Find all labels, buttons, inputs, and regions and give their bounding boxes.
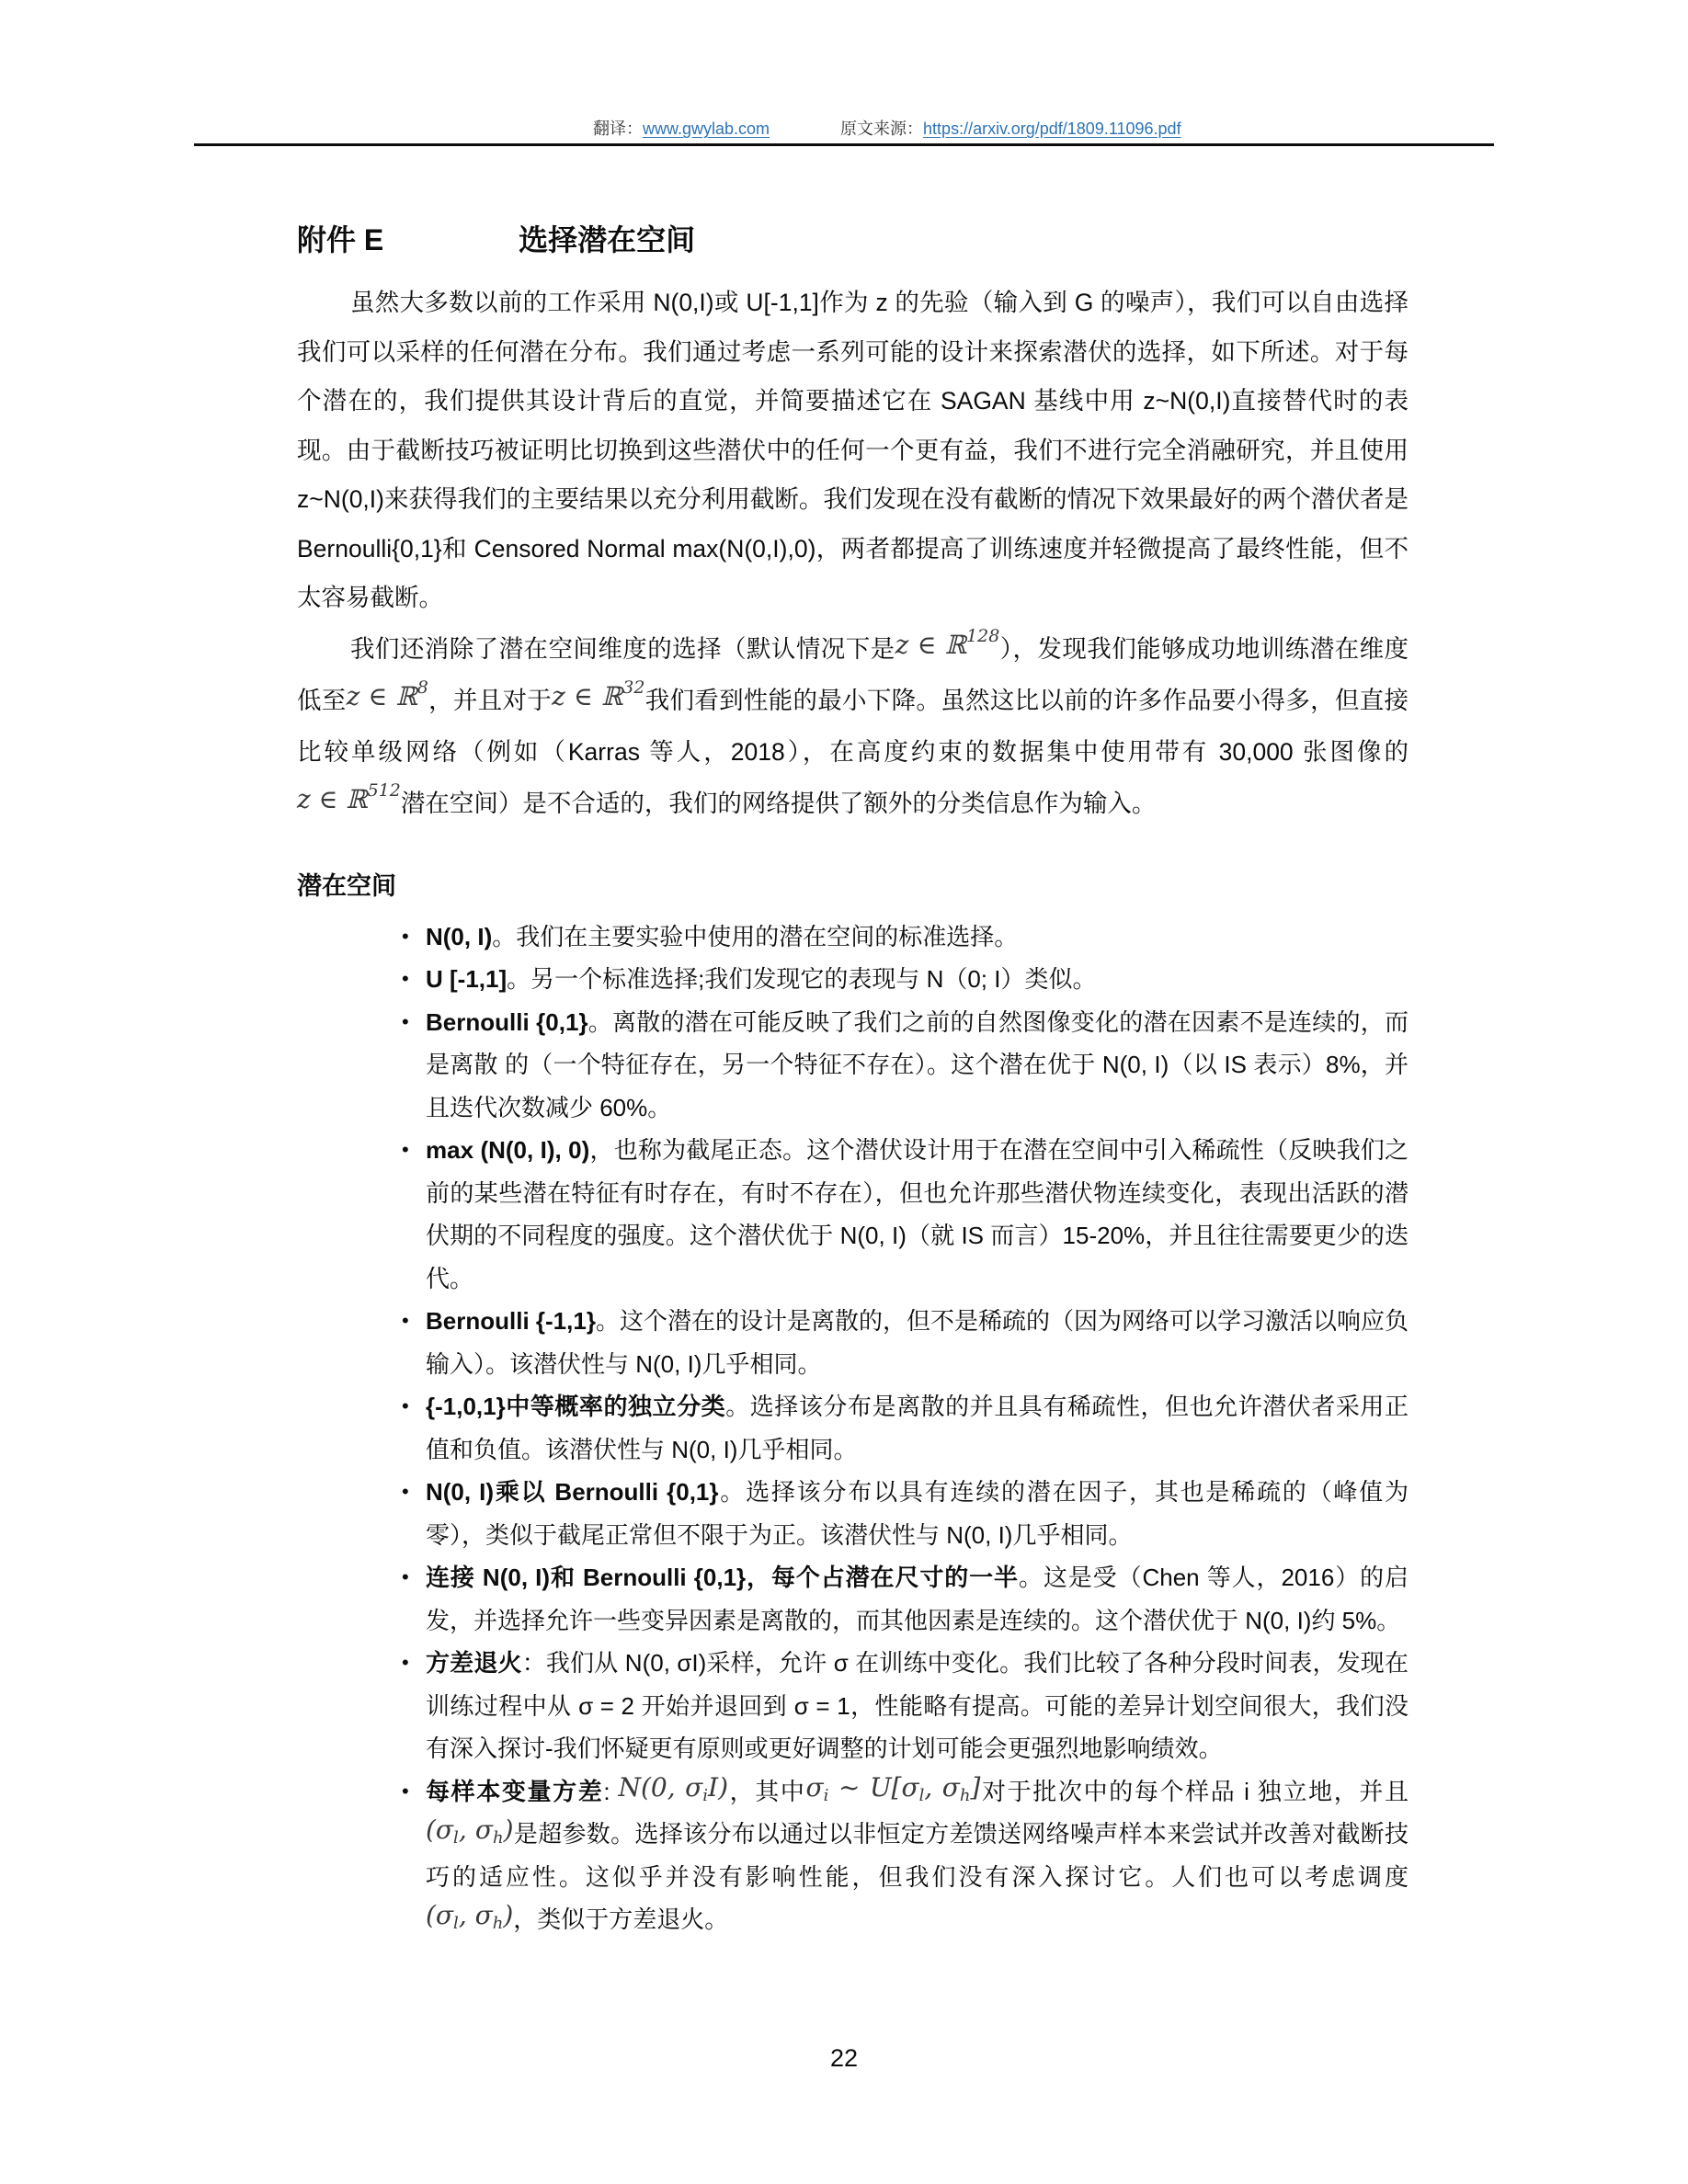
- content-column: 附件 E 选择潜在空间 虽然大多数以前的工作采用 N(0,I)或 U[-1,1]…: [297, 221, 1409, 1941]
- page-header: 翻译：www.gwylab.com 原文来源：https://arxiv.org…: [593, 118, 1181, 140]
- latent-space-list: N(0, I)。我们在主要实验中使用的潜在空间的标准选择。U [-1,1]。另一…: [297, 916, 1409, 1941]
- list-item: {-1,0,1}中等概率的独立分类。选择该分布是离散的并且具有稀疏性，但也允许潜…: [426, 1385, 1409, 1471]
- list-item: U [-1,1]。另一个标准选择;我们发现它的表现与 N（0; I）类似。: [426, 958, 1409, 1001]
- header-divider: [194, 143, 1494, 146]
- source-label: 原文来源：: [840, 119, 923, 138]
- translation-credit: 翻译：www.gwylab.com: [593, 118, 770, 140]
- appendix-title-text: 选择潜在空间: [519, 223, 695, 256]
- translation-label: 翻译：: [593, 119, 643, 138]
- appendix-number: 附件 E: [297, 223, 383, 256]
- list-item: 每样本变量方差: N(0, σiI)，其中σi ~ U[σl, σh]对于批次中…: [426, 1770, 1409, 1941]
- appendix-title: 附件 E 选择潜在空间: [297, 221, 1409, 259]
- list-item: Bernoulli {-1,1}。这个潜在的设计是离散的，但不是稀疏的（因为网络…: [426, 1300, 1409, 1385]
- intro-paragraph-2: 我们还消除了潜在空间维度的选择（默认情况下是z ∈ ℝ128），发现我们能够成功…: [297, 623, 1409, 829]
- list-item: 方差退火：我们从 N(0, σI)采样，允许 σ 在训练中变化。我们比较了各种分…: [426, 1642, 1409, 1770]
- section-heading-latent-space: 潜在空间: [297, 868, 1409, 904]
- list-item: max (N(0, I), 0)，也称为截尾正态。这个潜伏设计用于在潜在空间中引…: [426, 1129, 1409, 1300]
- page-number: 22: [0, 2044, 1688, 2073]
- source-credit: 原文来源：https://arxiv.org/pdf/1809.11096.pd…: [840, 118, 1181, 140]
- list-item: 连接 N(0, I)和 Bernoulli {0,1}，每个占潜在尺寸的一半。这…: [426, 1556, 1409, 1642]
- intro-paragraph-1: 虽然大多数以前的工作采用 N(0,I)或 U[-1,1]作为 z 的先验（输入到…: [297, 279, 1409, 623]
- document-page: 翻译：www.gwylab.com 原文来源：https://arxiv.org…: [0, 0, 1688, 2184]
- list-item: N(0, I)。我们在主要实验中使用的潜在空间的标准选择。: [426, 916, 1409, 959]
- source-link[interactable]: https://arxiv.org/pdf/1809.11096.pdf: [923, 119, 1181, 138]
- list-item: Bernoulli {0,1}。离散的潜在可能反映了我们之前的自然图像变化的潜在…: [426, 1001, 1409, 1130]
- translation-link[interactable]: www.gwylab.com: [643, 119, 770, 138]
- list-item: N(0, I)乘以 Bernoulli {0,1}。选择该分布以具有连续的潜在因…: [426, 1471, 1409, 1556]
